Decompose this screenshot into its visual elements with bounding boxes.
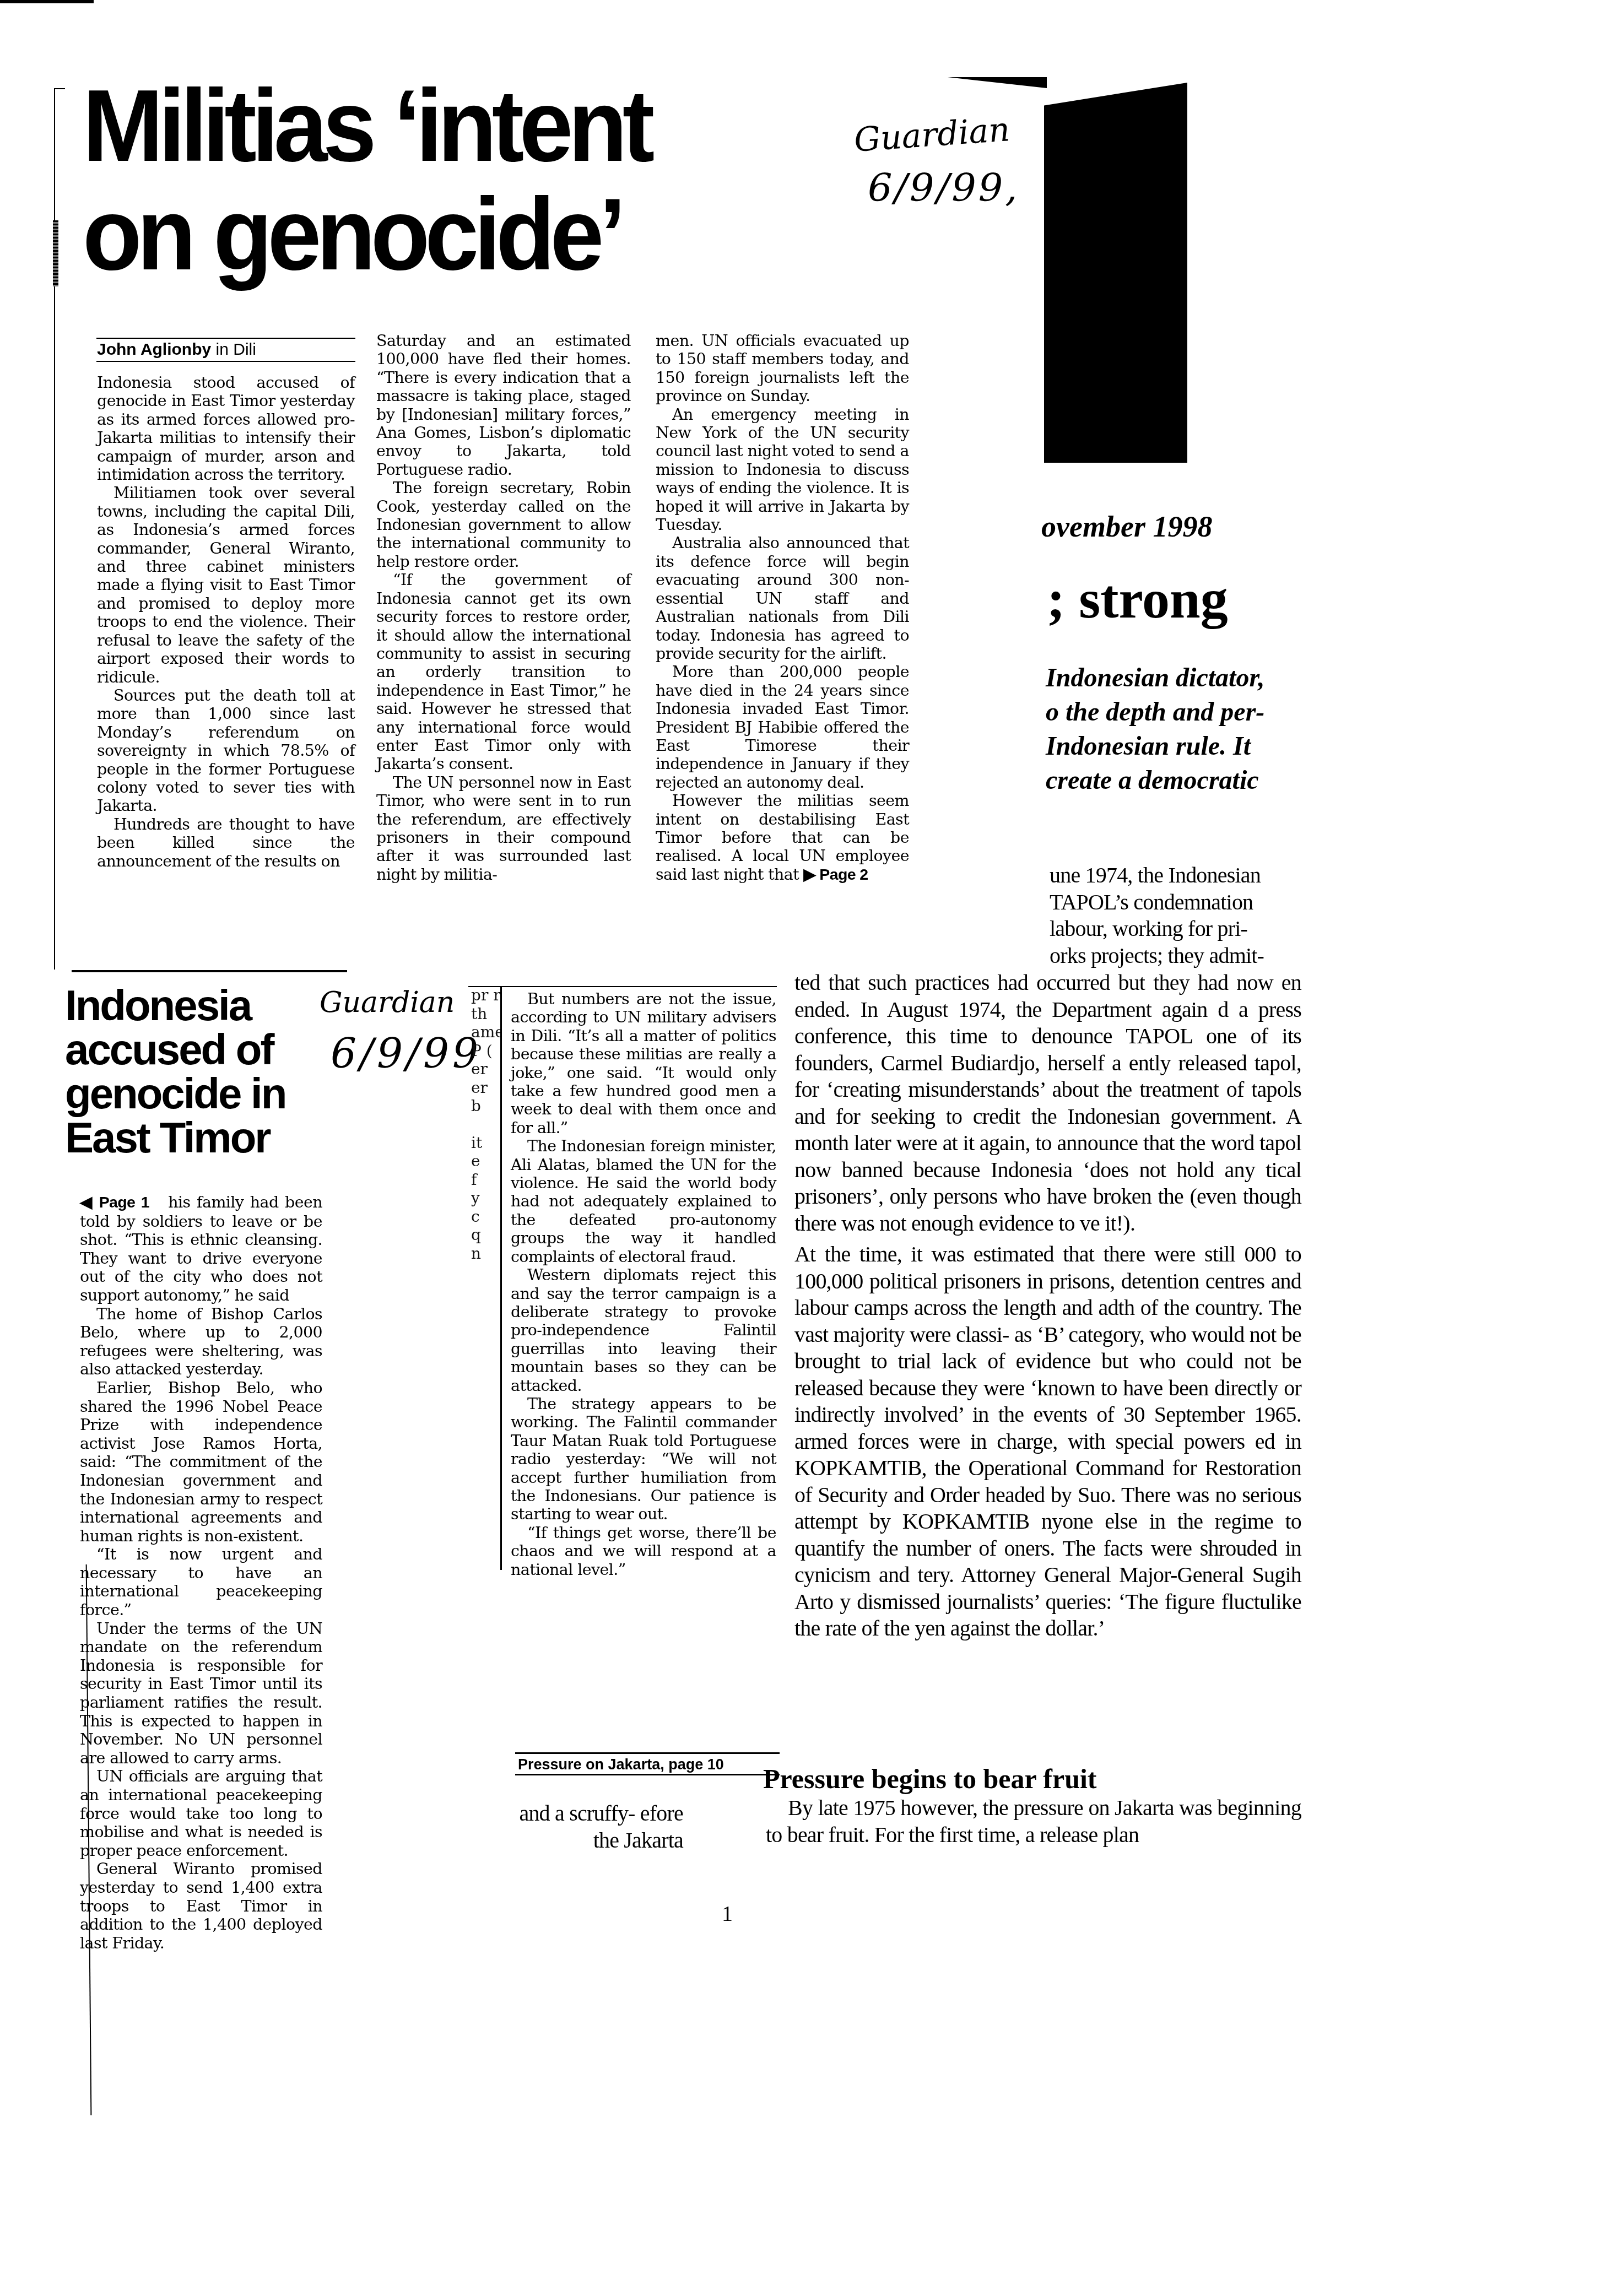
paragraph: “If the government of Indonesia cannot g… [376,571,631,773]
book-section-text: By late 1975 however, the pressure on Ja… [766,1795,1301,1848]
intro-line: Indonesian dictator, [1046,661,1305,695]
paragraph: men. UN officials evacuated up to 150 st… [656,332,909,405]
fragment: er [471,1060,501,1079]
paragraph: Earlier, Bishop Belo, who shared the 199… [80,1379,322,1545]
clipping-3-top-rule [468,986,777,987]
paragraph: Indonesia stood accused of genocide in E… [97,373,355,484]
paragraph: The strategy appears to be working. The … [511,1395,776,1524]
cut-column-fragments: pr r th ame P ( er er b it e f y c q n [471,986,501,1263]
second-article-column-left: ◀ Page 1 his family had been told by sol… [80,1193,322,1952]
paragraph: The UN personnel now in East Timor, who … [376,773,631,884]
paragraph: Australia also announced that its defenc… [656,534,909,663]
handwritten-source-note-2: Guardian [320,986,455,1019]
body-line: labour, working for pri- [1050,916,1301,943]
intro-line: o the depth and per- [1046,695,1305,729]
byline-author: John Aglionby [97,340,211,359]
redaction-wedge [948,77,1047,88]
paragraph: UN officials are arguing that an interna… [80,1767,322,1860]
second-article-column-right: But numbers are not the issue, according… [511,990,776,1579]
book-left-fragment: and a scruffy- efore the Jakarta [496,1800,683,1854]
fragment: e [471,1152,501,1171]
paragraph: At the time, it was estimated that there… [794,1241,1301,1642]
clipping-corner-tick [54,88,65,89]
article-column-2: Saturday and an estimated 100,000 have f… [376,332,631,884]
fragment: f [471,1171,501,1189]
byline-rule-top [96,338,355,339]
handwritten-source-note: Guardian [853,110,1011,160]
clipping-2-top-rule [72,970,347,972]
paragraph: General Wiranto promised yesterday to se… [80,1860,322,1952]
fragment: y [471,1189,501,1207]
body-line: TAPOL’s condemnation [1050,889,1301,916]
paragraph: The home of Bishop Carlos Belo, where up… [80,1305,322,1379]
clipping-3-left-border [500,986,502,1570]
article-column-1: Indonesia stood accused of genocide in E… [97,373,355,870]
headline-line-1: Militias ‘intent [83,72,854,180]
fragment: b [471,1097,501,1115]
fragment: n [471,1244,501,1263]
fragment: th [471,1005,501,1024]
paragraph: Under the terms of the UN mandate on the… [80,1620,322,1768]
article-column-3: men. UN officials evacuated up to 150 st… [656,332,909,884]
paragraph: Saturday and an estimated 100,000 have f… [376,332,631,479]
fragment: ame [471,1023,501,1042]
paragraph: ◀ Page 1 his family had been told by sol… [80,1193,322,1305]
paragraph: Sources put the death toll at more than … [97,686,355,815]
book-body-middle: ted that such practices had occurred but… [794,970,1301,1642]
continued-from-link: ◀ Page 1 [80,1194,149,1211]
paragraph: More than 200,000 people have died in th… [656,663,909,792]
headline-line-2: on genocide’ [83,180,854,289]
redaction-black-box [1044,83,1187,463]
body-line: une 1974, the Indonesian [1050,862,1301,889]
fragment: it [471,1134,501,1152]
book-intro: Indonesian dictator, o the depth and per… [1046,661,1305,798]
paragraph: ted that such practices had occurred but… [794,970,1301,1237]
paragraph: “If things get worse, there’ll be chaos … [511,1524,776,1579]
handwritten-date-note: 6/9/99, [868,165,1020,210]
byline-rule-bottom [96,361,355,362]
paragraph: An emergency meeting in New York of the … [656,405,909,534]
fragment: P ( [471,1042,501,1060]
paragraph: “It is now urgent and necessary to have … [80,1545,322,1619]
paragraph: The Indonesian foreign minister, Ali Ala… [511,1137,776,1266]
paragraph: But numbers are not the issue, according… [511,990,776,1137]
book-date-fragment: ovember 1998 [1041,510,1212,544]
paragraph: Militiamen took over several towns, incl… [97,484,355,686]
intro-line: create a democratic [1046,763,1305,798]
main-headline: Militias ‘intent on genocide’ [83,72,854,289]
book-title-fragment: ; strong [1047,567,1228,631]
fragment: er [471,1079,501,1097]
cross-ref-rule-bottom [515,1774,780,1775]
handwritten-date-note-2: 6/9/99 [331,1030,482,1077]
byline: John Aglionby in Dili [97,340,256,359]
scan-edge-mark [0,0,94,3]
scan-smudge [53,220,58,286]
cross-ref-rule-top [515,1752,780,1754]
book-page-number: 1 [722,1900,733,1926]
intro-line: Indonesian rule. It [1046,729,1305,763]
fragment: pr r [471,986,501,1005]
paragraph: However the militias seem intent on dest… [656,792,909,884]
fragment: c [471,1207,501,1226]
paragraph: Hundreds are thought to have been killed… [97,815,355,870]
body-line: orks projects; they admit- [1050,943,1301,970]
cross-reference-link: Pressure on Jakarta, page 10 [518,1756,724,1773]
fragment: q [471,1226,501,1244]
book-body-top: une 1974, the Indonesian TAPOL’s condemn… [1050,862,1301,969]
paragraph: Western diplomats reject this and say th… [511,1266,776,1395]
book-section-heading: Pressure begins to bear fruit [763,1763,1097,1795]
second-headline: Indonesia accused of genocide in East Ti… [65,983,352,1160]
continue-page-link: ▶ Page 2 [804,866,868,884]
byline-location: in Dili [216,340,256,359]
paragraph: The foreign secretary, Robin Cook, yeste… [376,479,631,571]
